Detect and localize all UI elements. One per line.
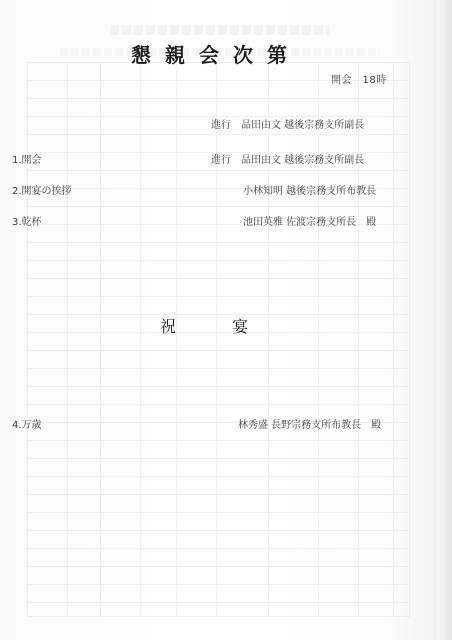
program-item-person: 小林知明 越後宗務支所布教長 xyxy=(243,182,376,197)
program-item-label: 2.開宴の挨拶 xyxy=(12,182,72,197)
program-item-label: 3.乾杯 xyxy=(12,213,42,228)
document-page: 懇親会次第 開会 18時 進行 品田由文 越後宗務支所副長 1.開会 進行 品田… xyxy=(0,0,452,640)
program-item-label: 1.開会 xyxy=(12,151,42,166)
program-item-label: 4.万歳 xyxy=(12,416,42,431)
opening-time: 開会 18時 xyxy=(331,71,387,86)
document-title: 懇親会次第 xyxy=(131,39,301,68)
show-through-table xyxy=(27,62,410,617)
banquet-heading: 祝宴 xyxy=(160,314,304,337)
program-item-person: 進行 品田由文 越後宗務支所副長 xyxy=(211,151,364,166)
program-item-person: 林秀盛 長野宗務支所布教長 殿 xyxy=(238,416,381,431)
show-through-title xyxy=(110,25,330,35)
emcee-line: 進行 品田由文 越後宗務支所副長 xyxy=(211,116,364,131)
program-item-person: 池田英雅 佐渡宗務支所長 殿 xyxy=(243,213,376,228)
paper-edge xyxy=(435,0,452,640)
